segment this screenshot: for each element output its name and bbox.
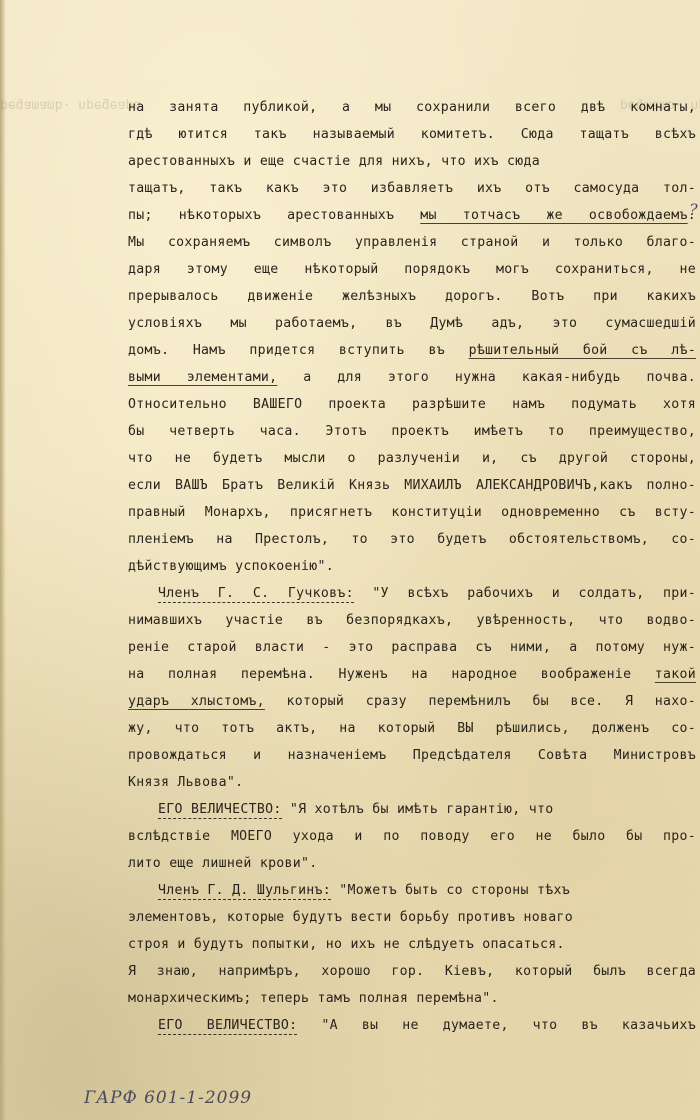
- text-line: бы четверть часа. Этотъ проектъ имѣетъ т…: [128, 418, 696, 445]
- text-line: прерывалось движеніе желѣзныхъ дорогъ. В…: [128, 283, 696, 310]
- text-line: ударъ хлыстомъ, который сразу перемѣнилъ…: [128, 688, 696, 715]
- text-line: вслѣдствіе МОЕГО ухода и по поводу его н…: [128, 823, 696, 850]
- text-line: выми элементами, а для этого нужна какая…: [128, 364, 696, 391]
- text-line: арестованныхъ и еще счастіе для нихъ, чт…: [128, 148, 696, 175]
- text-line: даря этому еще нѣкоторый порядокъ могъ с…: [128, 256, 696, 283]
- text-line: строя и будутъ попытки, но ихъ не слѣдуе…: [128, 931, 696, 958]
- text-line: что не будетъ мысли о разлученіи и, съ д…: [128, 445, 696, 472]
- text-line: гдѣ ютится такъ называемый комитетъ. Сюд…: [128, 121, 696, 148]
- bleed-through-text: ɐdɐǝƃǝdu ·qɯɐɯɐɓǝd: [0, 98, 141, 113]
- text-line: условіяхъ мы работаемъ, въ Думѣ адъ, это…: [128, 310, 696, 337]
- text-line: правный Монархъ, присягнетъ конституціи …: [128, 499, 696, 526]
- text-line: Относительно ВАШЕГО проекта разрѣшите на…: [128, 391, 696, 418]
- speaker-name: ЕГО ВЕЛИЧЕСТВО:: [158, 1018, 297, 1035]
- text-line: лито еще лишней крови".: [128, 850, 696, 877]
- text-line: Мы сохраняемъ символъ управленія страной…: [128, 229, 696, 256]
- text-line: пы; нѣкоторыхъ арестованныхъ мы тотчасъ …: [128, 202, 696, 229]
- text-line: Князя Львова".: [128, 769, 696, 796]
- typewritten-body: ? на занята публикой, а мы сохранили все…: [128, 94, 696, 1039]
- text-line: жу, что тотъ актъ, на который ВЫ рѣшилис…: [128, 715, 696, 742]
- underlined-passage: ударъ хлыстомъ,: [128, 694, 265, 709]
- document-page: ɐdɐǝƃǝdu ·qɯɐɯɐɓǝd ǝɓɓǝdu ·qɯɐɯɓǝd ? на …: [0, 0, 700, 1120]
- text-line: если ВАШЪ Братъ Великій Князь МИХАИЛЪ АЛ…: [128, 472, 696, 499]
- pencil-question-mark: ?: [689, 200, 698, 219]
- underlined-passage: рѣшительный бой съ лѣ-: [469, 343, 696, 358]
- text-line: на полная перемѣна. Нуженъ на народное в…: [128, 661, 696, 688]
- text-line: Членъ Г. С. Гучковъ: "У всѣхъ рабочихъ и…: [128, 580, 696, 607]
- speaker-name: Членъ Г. Д. Шульгинъ:: [158, 883, 331, 900]
- text-line: дѣйствующимъ успокоенію".: [128, 553, 696, 580]
- text-line: ЕГО ВЕЛИЧЕСТВО: "А вы не думаете, что въ…: [128, 1012, 696, 1039]
- text-line: монархическимъ; теперь тамъ полная перем…: [128, 985, 696, 1012]
- text-line: Членъ Г. Д. Шульгинъ: "Можетъ быть со ст…: [128, 877, 696, 904]
- underlined-passage: выми элементами,: [128, 370, 277, 385]
- archive-reference-stamp: ГАРФ 601-1-2099: [84, 1088, 252, 1108]
- text-line: ЕГО ВЕЛИЧЕСТВО: "Я хотѣлъ бы имѣть гаран…: [128, 796, 696, 823]
- underlined-passage: такой: [655, 667, 696, 682]
- text-line: элементовъ, которые будутъ вести борьбу …: [128, 904, 696, 931]
- text-line: пленіемъ на Престолъ, то это будетъ обст…: [128, 526, 696, 553]
- page-edge-shadow: [0, 0, 6, 1120]
- text-line: провождаться и назначеніемъ Предсѣдателя…: [128, 742, 696, 769]
- text-line: реніе старой власти - это расправа съ ни…: [128, 634, 696, 661]
- speaker-name: ЕГО ВЕЛИЧЕСТВО:: [158, 802, 282, 819]
- underlined-passage: мы тотчасъ же освобождаемъ: [420, 208, 688, 223]
- speaker-name: Членъ Г. С. Гучковъ:: [158, 586, 354, 603]
- text-line: тащатъ, такъ какъ это избавляетъ ихъ отъ…: [128, 175, 696, 202]
- text-line: нимавшихъ участіе въ безпорядкахъ, увѣре…: [128, 607, 696, 634]
- text-line: Я знаю, напримѣръ, хорошо гор. Кіевъ, ко…: [128, 958, 696, 985]
- text-line: на занята публикой, а мы сохранили всего…: [128, 94, 696, 121]
- text-line: домъ. Намъ придется вступить въ рѣшитель…: [128, 337, 696, 364]
